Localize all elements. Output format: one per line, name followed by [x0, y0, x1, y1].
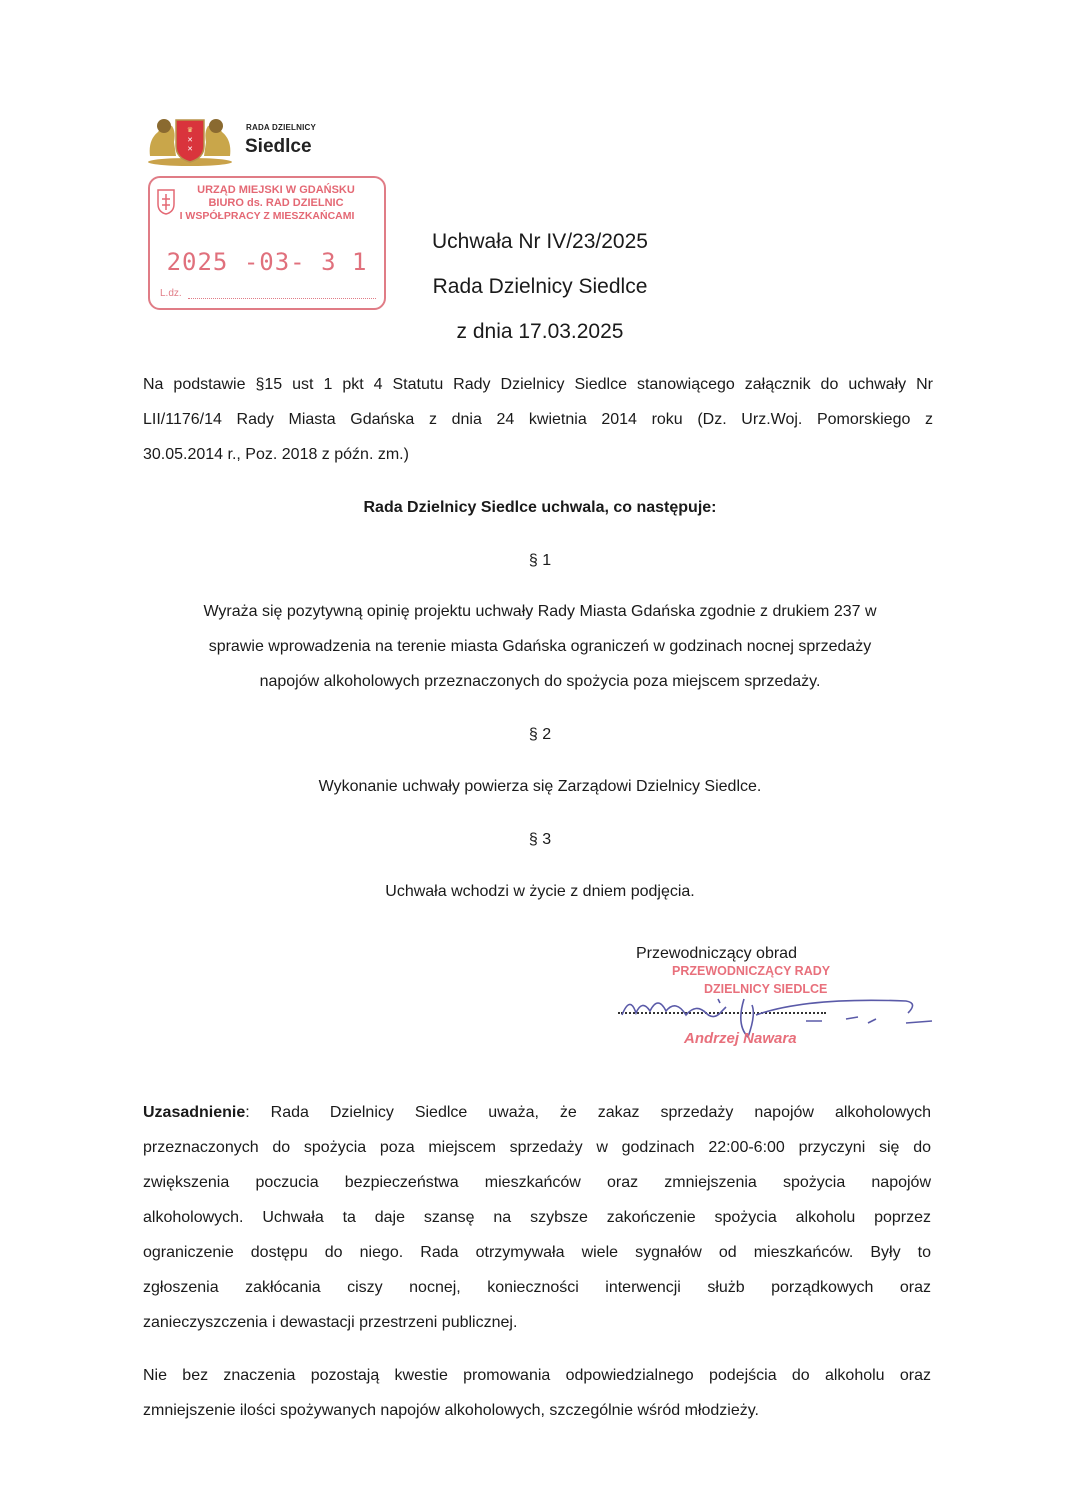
svg-text:♛: ♛	[187, 126, 193, 134]
justification-line: Uzasadnienie: Rada Dzielnicy Siedlce uwa…	[143, 1095, 931, 1130]
justification: Uzasadnienie: Rada Dzielnicy Siedlce uwa…	[143, 1095, 931, 1340]
preamble: Na podstawie §15 ust 1 pkt 4 Statutu Rad…	[143, 367, 933, 472]
org-label: RADA DZIELNICY	[246, 123, 316, 132]
signature-stamp-line-1: PRZEWODNICZĄCY RADY	[672, 964, 830, 978]
stamp-ldz-label: L.dz.	[160, 288, 182, 299]
justification-line: alkoholowych. Uchwała ta daje szansę na …	[143, 1200, 931, 1235]
preamble-line: 30.05.2014 r., Poz. 2018 z późn. zm.)	[143, 437, 933, 472]
gdansk-coat-of-arms-icon: ♛ ✕ ✕	[146, 112, 234, 166]
stamp-line-3: I WSPÓŁPRACY Z MIESZKAŃCAMI	[150, 210, 384, 223]
resolution-number: Uchwała Nr IV/23/2025	[400, 230, 680, 254]
section-3-body: Uchwała wchodzi w życie z dniem podjęcia…	[140, 874, 940, 909]
preamble-line: Na podstawie §15 ust 1 pkt 4 Statutu Rad…	[143, 367, 933, 402]
justification-line: zwiększenia poczucia bezpieczeństwa mies…	[143, 1165, 931, 1200]
registration-stamp: URZĄD MIEJSKI W GDAŃSKU BIURO ds. RAD DZ…	[148, 176, 386, 310]
stamp-date: 2025 -03- 3 1	[150, 248, 384, 276]
section-line: sprawie wprowadzenia na terenie miasta G…	[140, 629, 940, 664]
section-1-body: Wyraża się pozytywną opinię projektu uch…	[140, 594, 940, 699]
justification-line: zgłoszenia zakłócania ciszy nocnej, koni…	[143, 1270, 931, 1305]
signature-title: Przewodniczący obrad	[636, 945, 797, 963]
stamp-line-2: BIURO ds. RAD DZIELNIC	[150, 197, 384, 210]
org-name: Siedlce	[245, 136, 312, 158]
preamble-line: LII/1176/14 Rady Miasta Gdańska z dnia 2…	[143, 402, 933, 437]
section-2-heading: § 2	[140, 717, 940, 752]
section-3-heading: § 3	[140, 822, 940, 857]
justification-line: przeznaczonych do spożycia poza miejscem…	[143, 1130, 931, 1165]
stamp-ldz-line	[188, 298, 376, 299]
closing-line: Nie bez znaczenia pozostają kwestie prom…	[143, 1358, 931, 1393]
section-1-heading: § 1	[140, 543, 940, 578]
resolution-date: z dnia 17.03.2025	[400, 320, 680, 344]
svg-text:✕: ✕	[187, 136, 193, 144]
justification-line: zanieczyszczenia i dewastacji przestrzen…	[143, 1305, 931, 1340]
justification-line: ograniczenie dostępu do niego. Rada otrz…	[143, 1235, 931, 1270]
closing-line: zmniejszenie ilości spożywanych napojów …	[143, 1393, 931, 1428]
resolves-statement: Rada Dzielnicy Siedlce uchwala, co nastę…	[140, 490, 940, 525]
section-line: Wyraża się pozytywną opinię projektu uch…	[140, 594, 940, 629]
section-2-body: Wykonanie uchwały powierza się Zarządowi…	[140, 769, 940, 804]
section-line: napojów alkoholowych przeznaczonych do s…	[140, 664, 940, 699]
svg-text:✕: ✕	[187, 145, 193, 153]
justification-label: Uzasadnienie	[143, 1104, 245, 1121]
signatory-name: Andrzej Nawara	[684, 1030, 797, 1047]
stamp-line-1: URZĄD MIEJSKI W GDAŃSKU	[150, 184, 384, 197]
council-name: Rada Dzielnicy Siedlce	[400, 275, 680, 299]
justification-closing: Nie bez znaczenia pozostają kwestie prom…	[143, 1358, 931, 1428]
